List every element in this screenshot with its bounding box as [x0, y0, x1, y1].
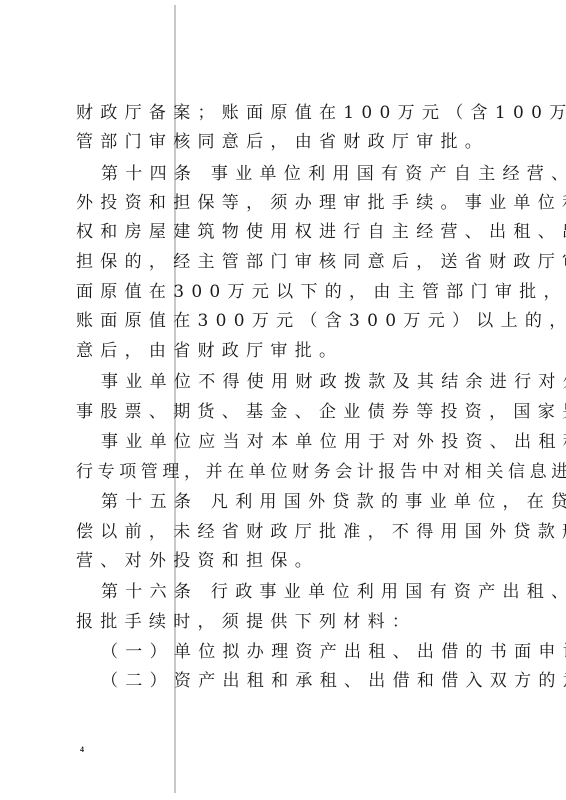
text-line: 营、对外投资和担保。 [76, 549, 496, 573]
text-line: 意后，由省财政厅审批。 [76, 339, 496, 363]
article-14-heading-line: 第十四条 事业单位利用国有资产自主经营、出租、出借、对 [101, 162, 496, 186]
text-line: 权和房屋建筑物使用权进行自主经营、出租、出借、对外投资和 [76, 220, 496, 244]
paragraph-start-line: 事业单位应当对本单位用于对外投资、出租和出借的资产实 [101, 430, 496, 454]
text-line: 财政厅备案；账面原值在100万元（含100万元）以上的，经主 [76, 101, 496, 125]
document-page: 财政厅备案；账面原值在100万元（含100万元）以上的，经主 管部门审核同意后，… [0, 0, 566, 800]
paragraph-start-line: 事业单位不得使用财政拨款及其结余进行对外投资，不得从 [101, 370, 496, 394]
text-line: 担保的，经主管部门审核同意后，送省财政厅审批。其他资产账 [76, 250, 496, 274]
text-line: 账面原值在300万元（含300万元）以上的，经主管部门审核同 [76, 309, 496, 333]
page-number: 4 [80, 745, 84, 754]
list-item-1: （一）单位拟办理资产出租、出借的书面申请； [101, 640, 496, 664]
text-line: 偿以前，未经省财政厅批准，不得用国外贷款形成的资产自主经 [76, 520, 496, 544]
text-line: 事股票、期货、基金、企业债券等投资，国家另有规定的除外。 [76, 400, 496, 424]
list-item-2: （二）资产出租和承租、出借和借入双方的意向书、协议或 [101, 669, 496, 693]
text-line: 外投资和担保等，须办理审批手续。事业单位利用国有土地使用 [76, 191, 496, 215]
text-line: 行专项管理，并在单位财务会计报告中对相关信息进行充分披露。 [76, 460, 496, 484]
text-line: 报批手续时，须提供下列材料： [76, 610, 496, 634]
text-line: 面原值在300万元以下的，由主管部门审批，并送省财政厅备案； [76, 280, 496, 304]
article-15-heading-line: 第十五条 凡利用国外贷款的事业单位，在贷款债务没有清 [101, 490, 496, 514]
text-line: 管部门审核同意后，由省财政厅审批。 [76, 130, 496, 154]
article-16-heading-line: 第十六条 行政事业单位利用国有资产出租、出借的，办理 [101, 580, 496, 604]
